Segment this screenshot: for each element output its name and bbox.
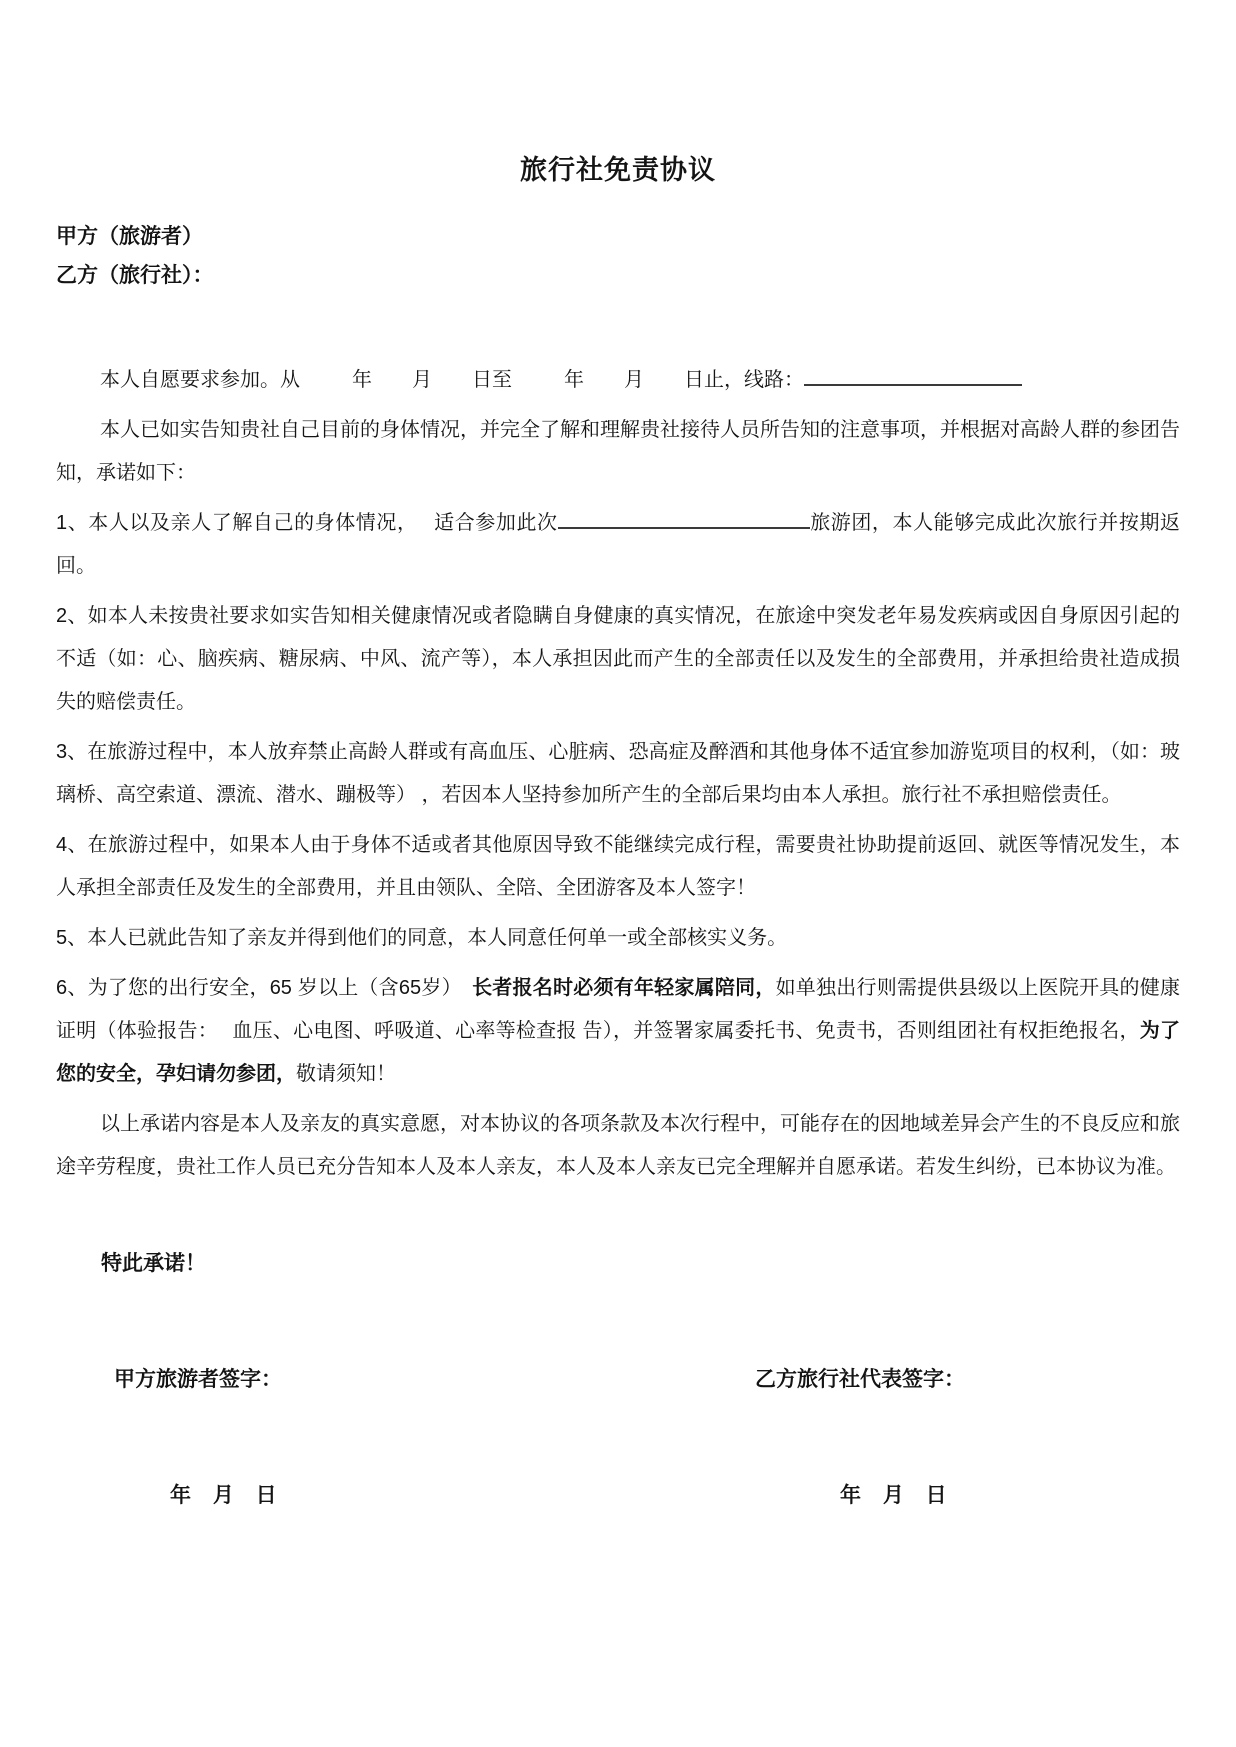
- clause-4: 4、在旅游过程中，如果本人由于身体不适或者其他原因导致不能继续完成行程，需要贵社…: [56, 824, 1180, 910]
- text-segment: 月: [412, 369, 432, 391]
- party-b-signature-label: 乙方旅行社代表签字：: [755, 1363, 965, 1393]
- text-segment: 日至: [472, 369, 512, 391]
- paragraph-intro: 本人已如实告知贵社自己目前的身体情况，并完全了解和理解贵社接待人员所告知的注意事…: [56, 409, 1180, 495]
- paragraph-dates-route: 本人自愿要求参加。从年月日至年月日止，线路：: [56, 359, 1180, 402]
- text-segment: 6、为了您的出行安全，65 岁以上（含65岁）: [56, 977, 462, 999]
- paragraph-closing: 以上承诺内容是本人及亲友的真实意愿，对本协议的各项条款及本次行程中，可能存在的因…: [56, 1103, 1180, 1189]
- party-a-signature-label: 甲方旅游者签字：: [114, 1363, 282, 1393]
- agreement-body: 本人自愿要求参加。从年月日至年月日止，线路： 本人已如实告知贵社自己目前的身体情…: [56, 359, 1180, 1189]
- commitment-line: 特此承诺！: [101, 1247, 1180, 1277]
- text-segment: 适合参加此次: [434, 512, 558, 534]
- document-title: 旅行社免责协议: [56, 148, 1180, 187]
- text-segment: 日止，线路：: [684, 369, 804, 391]
- text-segment: 本人自愿要求参加。从: [100, 369, 300, 391]
- party-b-date-label: 年 月 日: [840, 1479, 955, 1509]
- fill-in-blank: [558, 508, 810, 529]
- date-row: 年 月 日 年 月 日: [56, 1479, 1180, 1511]
- text-segment: 年: [352, 369, 372, 391]
- text-segment: 3、在旅游过程中，本人放弃禁止高龄人群或有高血压、心脏病、恐高症及醉酒和其他身体…: [56, 741, 1180, 806]
- clause-1: 1、本人以及亲人了解自己的身体情况，适合参加此次旅游团，本人能够完成此次旅行并按…: [56, 502, 1180, 588]
- text-segment: 5、本人已就此告知了亲友并得到他们的同意，本人同意任何单一或全部核实义务。: [56, 927, 787, 949]
- clause-6: 6、为了您的出行安全，65 岁以上（含65岁）长者报名时必须有年轻家属陪同，如单…: [56, 967, 1180, 1096]
- text-segment: 血压、心电图、呼吸道、心率等检查报 告），并签署家属委托书、免责书，否则组团社有…: [232, 1020, 1140, 1042]
- text-segment: 4、在旅游过程中，如果本人由于身体不适或者其他原因导致不能继续完成行程，需要贵社…: [56, 834, 1180, 899]
- text-segment: 敬请须知！: [296, 1063, 396, 1085]
- text-segment: 1、本人以及亲人了解自己的身体情况，: [56, 512, 418, 534]
- text-segment: 年: [564, 369, 584, 391]
- text-segment: 以上承诺内容是本人及亲友的真实意愿，对本协议的各项条款及本次行程中，可能存在的因…: [56, 1113, 1180, 1178]
- clause-2: 2、如本人未按贵社要求如实告知相关健康情况或者隐瞒自身健康的真实情况，在旅途中突…: [56, 595, 1180, 724]
- clause-3: 3、在旅游过程中，本人放弃禁止高龄人群或有高血压、心脏病、恐高症及醉酒和其他身体…: [56, 731, 1180, 817]
- document-page: 旅行社免责协议 甲方（旅游者） 乙方（旅行社）： 本人自愿要求参加。从年月日至年…: [0, 0, 1236, 1747]
- clause-5: 5、本人已就此告知了亲友并得到他们的同意，本人同意任何单一或全部核实义务。: [56, 917, 1180, 960]
- signature-row: 甲方旅游者签字： 乙方旅行社代表签字：: [56, 1363, 1180, 1395]
- text-segment: 月: [624, 369, 644, 391]
- text-segment: 本人已如实告知贵社自己目前的身体情况，并完全了解和理解贵社接待人员所告知的注意事…: [56, 419, 1180, 484]
- party-a-line: 甲方（旅游者）: [56, 217, 1180, 256]
- party-b-line: 乙方（旅行社）：: [56, 256, 1180, 295]
- text-segment: 长者报名时必须有年轻家属陪同，: [472, 977, 776, 999]
- text-segment: 2、如本人未按贵社要求如实告知相关健康情况或者隐瞒自身健康的真实情况，在旅途中突…: [56, 605, 1180, 713]
- fill-in-blank: [804, 365, 1022, 386]
- party-a-date-label: 年 月 日: [170, 1479, 285, 1509]
